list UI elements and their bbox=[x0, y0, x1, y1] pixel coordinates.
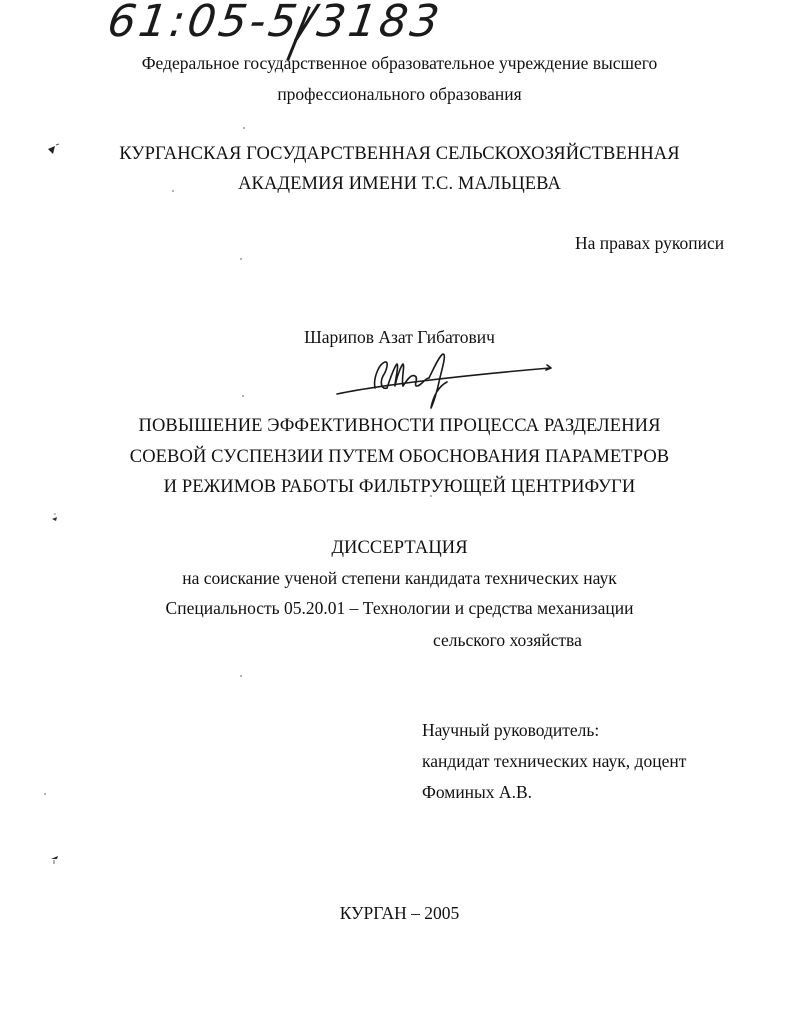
header-line-1: Федеральное государственное образователь… bbox=[0, 53, 799, 74]
dust-speck bbox=[240, 258, 242, 260]
specialty-line-1: Специальность 05.20.01 – Технологии и ср… bbox=[0, 598, 799, 619]
author-name: Шарипов Азат Гибатович bbox=[0, 327, 799, 348]
title-line-3: И РЕЖИМОВ РАБОТЫ ФИЛЬТРУЮЩЕЙ ЦЕНТРИФУГИ bbox=[0, 477, 799, 498]
dissertation-title-page: 61:05-5/3183 Федеральное государственное… bbox=[0, 0, 799, 1034]
dust-speck bbox=[243, 127, 245, 129]
archive-number: 61:05-5/3183 bbox=[104, 0, 445, 47]
institution-line-1: КУРГАНСКАЯ ГОСУДАРСТВЕННАЯ СЕЛЬСКОХОЗЯЙС… bbox=[0, 144, 799, 165]
supervisor-label: Научный руководитель: bbox=[422, 720, 599, 741]
dust-speck bbox=[172, 190, 174, 192]
dust-speck bbox=[242, 395, 244, 397]
institution-line-2: АКАДЕМИЯ ИМЕНИ Т.С. МАЛЬЦЕВА bbox=[0, 174, 799, 195]
scan-artifact-icon bbox=[48, 511, 64, 525]
specialty-line-2: сельского хозяйства bbox=[433, 630, 582, 651]
work-type: ДИССЕРТАЦИЯ bbox=[0, 538, 799, 559]
title-line-1: ПОВЫШЕНИЕ ЭФФЕКТИВНОСТИ ПРОЦЕССА РАЗДЕЛЕ… bbox=[0, 416, 799, 437]
supervisor-degree: кандидат технических наук, доцент bbox=[422, 751, 686, 772]
degree-statement: на соискание ученой степени кандидата те… bbox=[0, 568, 799, 589]
rights-notice: На правах рукописи bbox=[575, 233, 724, 254]
dust-speck bbox=[240, 675, 242, 677]
signature-icon bbox=[335, 352, 555, 412]
header-line-2: профессионального образования bbox=[0, 84, 799, 105]
city-year: КУРГАН – 2005 bbox=[0, 903, 799, 924]
scan-artifact-icon bbox=[48, 852, 64, 866]
dust-speck bbox=[44, 793, 46, 795]
supervisor-name: Фоминых А.В. bbox=[422, 782, 532, 803]
title-line-2: СОЕВОЙ СУСПЕНЗИИ ПУТЕМ ОБОСНОВАНИЯ ПАРАМ… bbox=[0, 447, 799, 468]
scan-artifact-icon bbox=[46, 143, 62, 157]
dust-speck bbox=[430, 495, 432, 497]
